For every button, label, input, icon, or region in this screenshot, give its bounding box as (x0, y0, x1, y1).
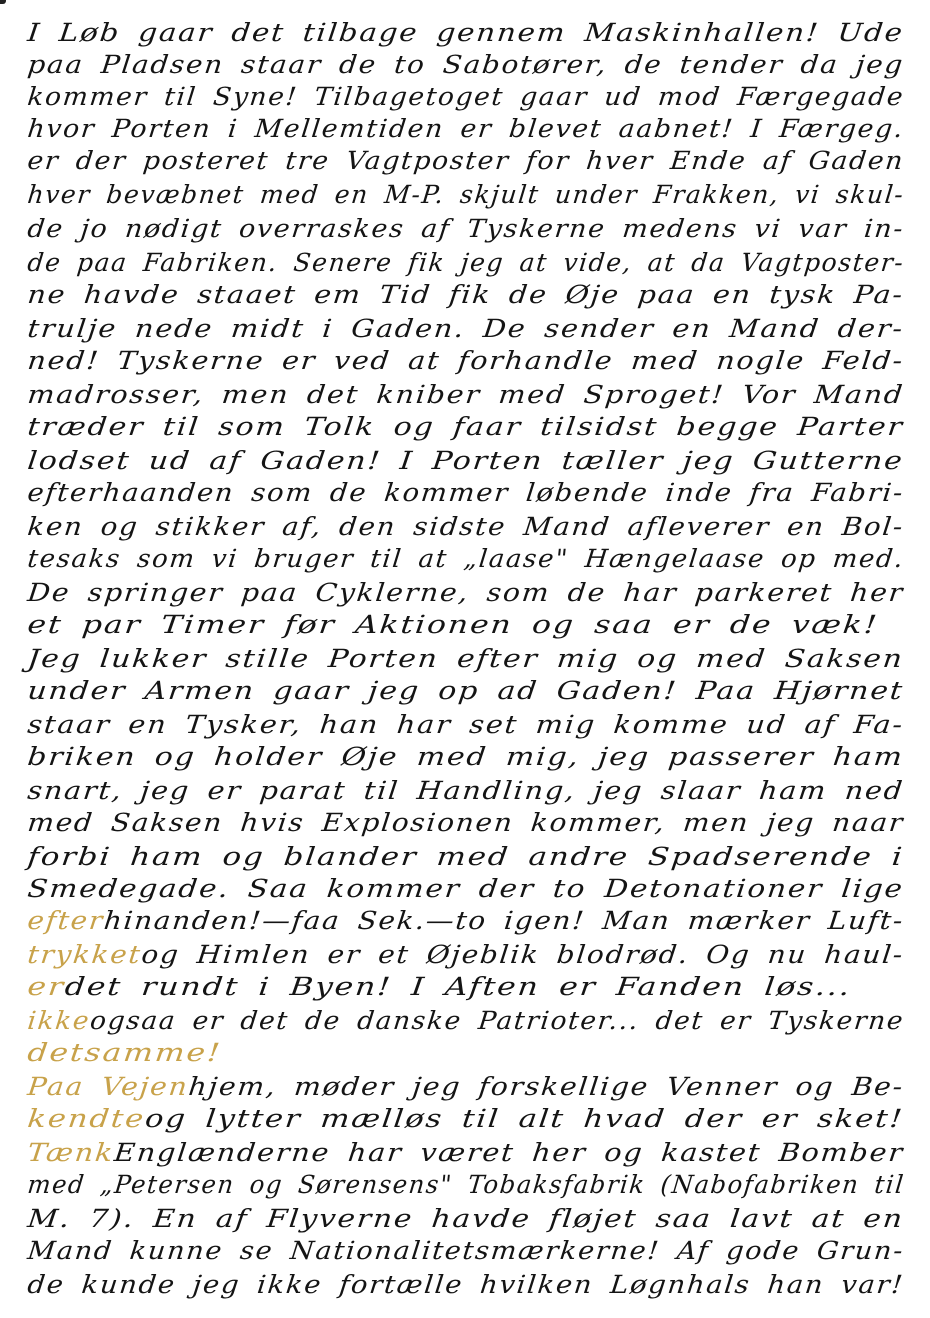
line-text: hver bevæbnet med en M-P. skjult under F… (26, 180, 906, 210)
handwritten-line: lodset ud af Gaden! I Porten tæller jeg … (26, 446, 919, 476)
ink-text: det rundt i Byen! I Aften er Fanden løs.… (63, 972, 852, 1002)
line-text: efter hinanden!—faa Sek.—to igen! Man mæ… (26, 906, 906, 936)
ink-text: hinanden!—faa Sek.—to igen! Man mærker L… (102, 906, 905, 936)
faded-ink-text: ikke (26, 1006, 92, 1036)
handwritten-line-faded: det samme! (26, 1038, 919, 1068)
line-text: Jeg lukker stille Porten efter mig og me… (26, 644, 905, 674)
document-page: I Løb gaar det tilbage gennem Maskinhall… (0, 0, 930, 1318)
handwritten-line: Jeg lukker stille Porten efter mig og me… (26, 644, 919, 674)
line-text: Paa Vejen hjem, møder jeg forskellige Ve… (26, 1072, 906, 1102)
line-text: ne havde staaet em Tid fik de Øje paa en… (26, 280, 906, 310)
handwritten-line: Smedegade. Saa kommer der to Detonatione… (26, 874, 919, 904)
line-text: efterhaanden som de kommer løbende inde … (26, 478, 906, 508)
handwritten-line: med Saksen hvis Explosionen kommer, men … (26, 808, 919, 838)
line-text: M. 7). En af Flyverne havde fløjet saa l… (26, 1204, 905, 1234)
handwritten-line: madrosser, men det kniber med Sproget! V… (26, 380, 919, 410)
line-text: De springer paa Cyklerne, som de har par… (26, 578, 906, 608)
line-text: kendte og lytter mælløs til alt hvad der… (26, 1104, 905, 1134)
handwritten-line: tesaks som vi bruger til at „laase" Hæng… (26, 544, 919, 574)
handwritten-line-partly-faded: kendte og lytter mælløs til alt hvad der… (26, 1104, 919, 1134)
line-text: er der posteret tre Vagtposter for hver … (26, 146, 906, 176)
handwritten-line: med „Petersen og Sørensens" Tobaksfabrik… (26, 1170, 919, 1200)
line-text: ikke ogsaa er det de danske Patrioter...… (26, 1006, 906, 1036)
line-text: Smedegade. Saa kommer der to Detonatione… (26, 874, 905, 904)
line-text: træder til som Tolk og faar tilsidst beg… (26, 412, 905, 442)
line-text: med „Petersen og Sørensens" Tobaksfabrik… (26, 1170, 906, 1200)
line-text: I Løb gaar det tilbage gennem Maskinhall… (26, 18, 905, 48)
handwritten-line: kommer til Syne! Tilbagetoget gaar ud mo… (26, 82, 919, 112)
handwritten-line: M. 7). En af Flyverne havde fløjet saa l… (26, 1204, 919, 1234)
line-text: et par Timer før Aktionen og saa er de v… (26, 610, 880, 640)
handwritten-line-partly-faded: Paa Vejen hjem, møder jeg forskellige Ve… (26, 1072, 919, 1102)
handwritten-line-partly-faded: er det rundt i Byen! I Aften er Fanden l… (26, 972, 919, 1002)
corner-ink-mark (0, 0, 6, 4)
handwritten-line: Mand kunne se Nationalitetsmærkerne! Af … (26, 1236, 919, 1266)
handwritten-line: de paa Fabriken. Senere fik jeg at vide,… (26, 248, 919, 278)
line-text: kommer til Syne! Tilbagetoget gaar ud mo… (26, 82, 906, 112)
line-text: tesaks som vi bruger til at „laase" Hæng… (26, 544, 906, 574)
line-text: staar en Tysker, han har set mig komme u… (26, 710, 906, 740)
handwritten-line: paa Pladsen staar de to Sabotører, de te… (26, 50, 919, 80)
ink-text: ogsaa er det de danske Patrioter... det … (89, 1006, 906, 1036)
ink-text: samme! (83, 1038, 223, 1068)
handwritten-line-partly-faded: efter hinanden!—faa Sek.—to igen! Man mæ… (26, 906, 919, 936)
line-text: under Armen gaar jeg op ad Gaden! Paa Hj… (26, 676, 905, 706)
handwritten-line: hver bevæbnet med en M-P. skjult under F… (26, 180, 919, 210)
handwritten-line: forbi ham og blander med andre Spadseren… (26, 842, 919, 872)
handwritten-line: de jo nødigt overraskes af Tyskerne mede… (26, 214, 919, 244)
handwritten-line: under Armen gaar jeg op ad Gaden! Paa Hj… (26, 676, 919, 706)
handwritten-line: et par Timer før Aktionen og saa er de v… (26, 610, 919, 640)
line-text: briken og holder Øje med mig, jeg passer… (26, 742, 905, 772)
handwritten-line: er der posteret tre Vagtposter for hver … (26, 146, 919, 176)
ink-text: Englænderne har været her og kastet Bomb… (113, 1138, 906, 1168)
faded-ink-text: det (26, 1038, 86, 1068)
handwritten-line: de kunde jeg ikke fortælle hvilken Løgnh… (26, 1270, 919, 1300)
handwritten-line: I Løb gaar det tilbage gennem Maskinhall… (26, 18, 919, 48)
handwritten-line: træder til som Tolk og faar tilsidst beg… (26, 412, 919, 442)
handwritten-line: trulje nede midt i Gaden. De sender en M… (26, 314, 919, 344)
line-text: paa Pladsen staar de to Sabotører, de te… (26, 50, 906, 80)
handwritten-line-partly-faded: Tænk Englænderne har været her og kastet… (26, 1138, 919, 1168)
faded-ink-text: efter (26, 906, 106, 936)
handwritten-line-partly-faded: trykket og Himlen er et Øjeblik blodrød.… (26, 940, 919, 970)
handwritten-line: briken og holder Øje med mig, jeg passer… (26, 742, 919, 772)
line-text: Tænk Englænderne har været her og kastet… (26, 1138, 906, 1168)
line-text: hvor Porten i Mellemtiden er blevet aabn… (26, 114, 906, 144)
line-text: de paa Fabriken. Senere fik jeg at vide,… (26, 248, 906, 278)
line-text: Mand kunne se Nationalitetsmærkerne! Af … (26, 1236, 906, 1266)
line-text: forbi ham og blander med andre Spadseren… (26, 842, 905, 872)
line-text: ken og stikker af, den sidste Mand aflev… (26, 512, 906, 542)
handwritten-line: efterhaanden som de kommer løbende inde … (26, 478, 919, 508)
line-text: det samme! (26, 1038, 223, 1068)
line-text: snart, jeg er parat til Handling, jeg sl… (26, 776, 906, 806)
faded-ink-text: kendte (26, 1104, 147, 1134)
line-text: de jo nødigt overraskes af Tyskerne mede… (26, 214, 906, 244)
ink-text: og Himlen er et Øjeblik blodrød. Og nu h… (140, 940, 906, 970)
line-text: de kunde jeg ikke fortælle hvilken Løgnh… (26, 1270, 906, 1300)
faded-ink-text: er (26, 972, 67, 1002)
line-text: ned! Tyskerne er ved at forhandle med no… (26, 346, 906, 376)
line-text: trulje nede midt i Gaden. De sender en M… (26, 314, 906, 344)
line-text: er det rundt i Byen! I Aften er Fanden l… (26, 972, 853, 1002)
handwritten-line: ne havde staaet em Tid fik de Øje paa en… (26, 280, 919, 310)
line-text: med Saksen hvis Explosionen kommer, men … (26, 808, 906, 838)
line-text: lodset ud af Gaden! I Porten tæller jeg … (26, 446, 905, 476)
ink-text: og lytter mælløs til alt hvad der er ske… (144, 1104, 906, 1134)
handwritten-line: hvor Porten i Mellemtiden er blevet aabn… (26, 114, 919, 144)
handwritten-line: ken og stikker af, den sidste Mand aflev… (26, 512, 919, 542)
handwritten-line: staar en Tysker, han har set mig komme u… (26, 710, 919, 740)
ink-text: hjem, møder jeg forskellige Venner og Be… (187, 1072, 906, 1102)
faded-ink-text: trykket (26, 940, 143, 970)
handwritten-line: snart, jeg er parat til Handling, jeg sl… (26, 776, 919, 806)
handwritten-line: De springer paa Cyklerne, som de har par… (26, 578, 919, 608)
handwritten-line-partly-faded: ikke ogsaa er det de danske Patrioter...… (26, 1006, 919, 1036)
faded-ink-text: Paa Vejen (26, 1072, 190, 1102)
handwritten-line: ned! Tyskerne er ved at forhandle med no… (26, 346, 919, 376)
line-text: madrosser, men det kniber med Sproget! V… (26, 380, 906, 410)
line-text: trykket og Himlen er et Øjeblik blodrød.… (26, 940, 906, 970)
faded-ink-text: Tænk (26, 1138, 116, 1168)
